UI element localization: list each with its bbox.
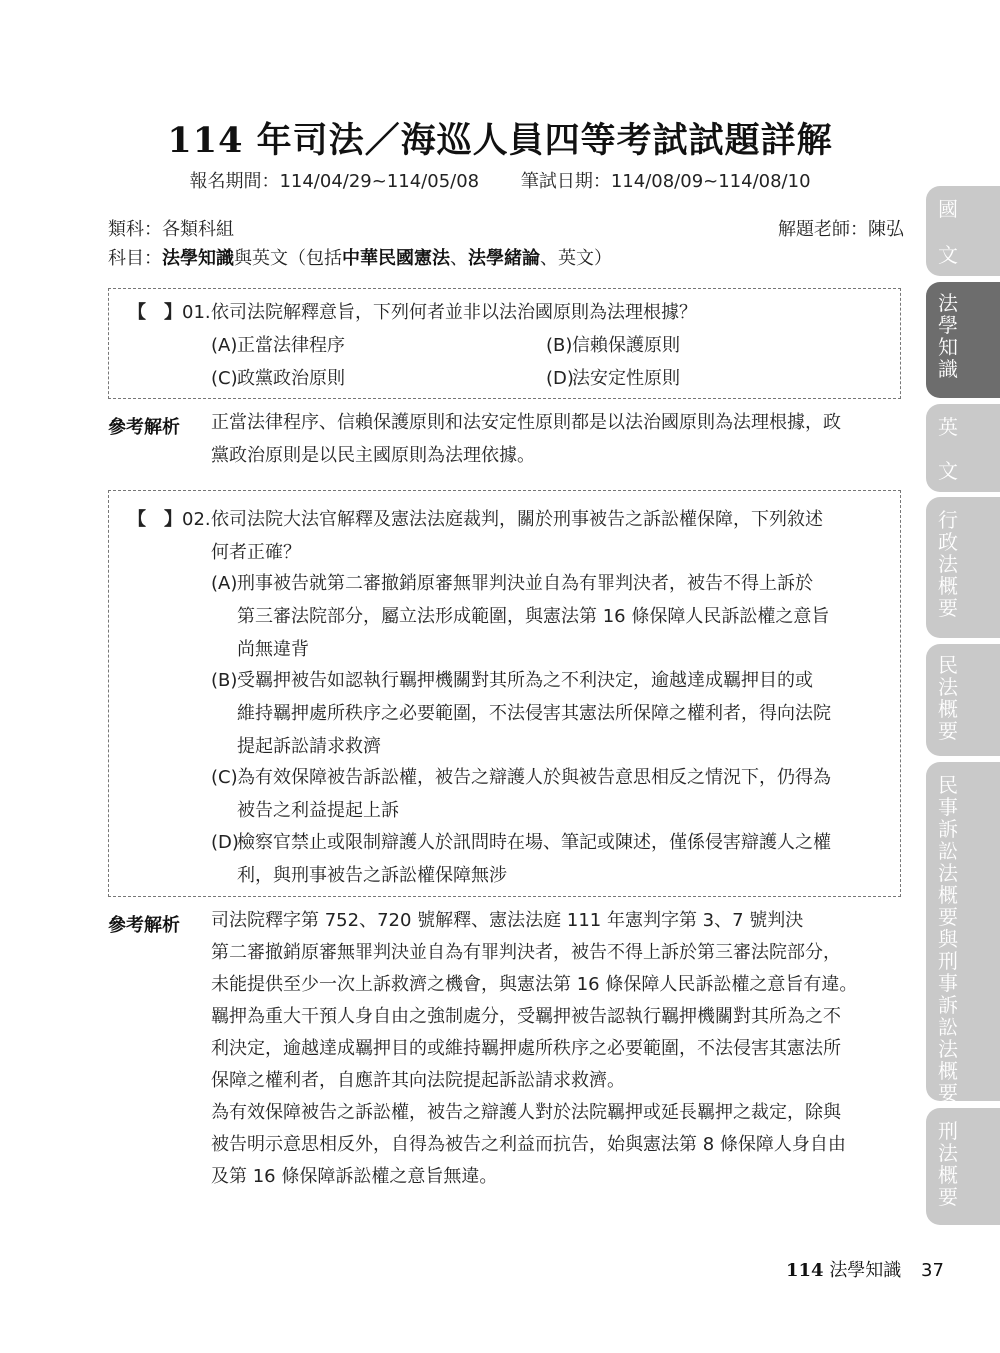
option-text: 受羈押被告如認執行羈押機關對其所為之不利決定，逾越達成羈押目的或 — [237, 670, 813, 691]
tab-char: 事 — [938, 972, 958, 994]
option-a-cont: 第三審法院部分，屬立法形成範圍，與憲法第 16 條保障人民訴訟權之意旨 — [237, 600, 829, 633]
tab-char: 要 — [938, 597, 958, 619]
option-b-cont: 提起訴訟請求救濟 — [237, 730, 381, 763]
subject-label: 科目： — [108, 248, 162, 269]
tab-char: 刑 — [938, 1120, 958, 1142]
option-d-cont: 利，與刑事被告之訴訟權保障無涉 — [237, 859, 507, 892]
subject-text: 與英文（包括 — [234, 248, 342, 269]
answer-bracket: 【 】 — [128, 509, 182, 530]
registration-period: 報名期間：114/04/29~114/05/08 — [189, 171, 479, 192]
option-text: 信賴保護原則 — [572, 335, 680, 356]
tab-char: 概 — [938, 698, 958, 720]
answer-line: 被告明示意思相反外，自得為被告之利益而抗告，始與憲法第 8 條保障人身自由 — [211, 1128, 846, 1161]
option-text: 檢察官禁止或限制辯護人於訊問時在場、筆記或陳述，僅係侵害辯護人之權 — [237, 832, 831, 853]
question-stem: 依司法院大法官解釋及憲法法庭裁判，關於刑事被告之訴訟權保障，下列敘述 — [211, 503, 823, 536]
page-title: 114 年司法／海巡人員四等考試試題詳解 — [0, 113, 1000, 163]
tab-char: 政 — [938, 531, 958, 553]
option-c: (C)為有效保障被告訴訟權，被告之辯護人於與被告意思相反之情況下，仍得為 — [211, 761, 831, 794]
option-a: (A)正當法律程序 — [211, 329, 345, 362]
tab-char: 刑 — [938, 950, 958, 972]
tab-char: 法 — [938, 1142, 958, 1164]
tab-char: 訟 — [938, 1016, 958, 1038]
tab-char: 民 — [938, 774, 958, 796]
option-label: (D) — [211, 826, 237, 859]
option-label: (A) — [211, 567, 237, 600]
tab-char: 識 — [938, 358, 958, 380]
question-stem: 依司法院解釋意旨，下列何者並非以法治國原則為法理根據？ — [211, 296, 697, 329]
option-text: 為有效保障被告訴訟權，被告之辯護人於與被告意思相反之情況下，仍得為 — [237, 767, 831, 788]
question-index: 02. — [182, 509, 211, 530]
tab-char: 法 — [938, 862, 958, 884]
option-text: 法安定性原則 — [572, 368, 680, 389]
tab-char: 國 — [938, 198, 958, 220]
subject-line: 科目：法學知識與英文（包括中華民國憲法、法學緒論、英文） — [108, 244, 612, 270]
question-index: 01. — [182, 302, 211, 323]
tab-char: 要 — [938, 720, 958, 742]
tab-char: 訴 — [938, 818, 958, 840]
answer-line: 未能提供至少一次上訴救濟之機會，與憲法第 16 條保障人民訴訟權之意旨有違。 — [211, 968, 857, 1001]
option-a-cont: 尚無違背 — [237, 633, 309, 666]
option-text: 正當法律程序 — [237, 335, 345, 356]
tab-char: 訴 — [938, 994, 958, 1016]
answer-line: 及第 16 條保障訴訟權之意旨無違。 — [211, 1160, 497, 1193]
tab-char: 文 — [938, 460, 958, 482]
tab-char: 行 — [938, 509, 958, 531]
question-stem: 何者正確？ — [211, 536, 301, 569]
option-label: (C) — [211, 761, 237, 794]
tab-char: 概 — [938, 1060, 958, 1082]
exam-schedule: 報名期間：114/04/29~114/05/08 筆試日期：114/08/09~… — [0, 167, 1000, 193]
tab-char: 事 — [938, 796, 958, 818]
answer-bracket: 【 】 — [128, 302, 182, 323]
exam-date: 筆試日期：114/08/09~114/08/10 — [521, 171, 811, 192]
option-label: (D) — [546, 362, 572, 395]
subject-bold: 法學緒論 — [468, 248, 540, 269]
answer-line: 第二審撤銷原審無罪判決並自為有罪判決者，被告不得上訴於第三審法院部分， — [211, 936, 841, 969]
subject-text: 、英文） — [540, 248, 612, 269]
answer-line: 黨政治原則是以民主國原則為法理依據。 — [211, 439, 535, 472]
page-number: 37 — [921, 1260, 944, 1281]
side-tab-administrative-law[interactable]: 行 政 法 概 要 — [926, 497, 1000, 638]
subject-bold: 法學知識 — [162, 248, 234, 269]
option-b-cont: 維持羈押處所秩序之必要範圍，不法侵害其憲法所保障之權利者，得向法院 — [237, 697, 831, 730]
tab-char: 與 — [938, 928, 958, 950]
tab-char: 民 — [938, 654, 958, 676]
tab-char: 要 — [938, 906, 958, 928]
answer-line: 司法院釋字第 752、720 號解釋、憲法法庭 111 年憲判字第 3、7 號判… — [211, 904, 803, 937]
tab-char: 概 — [938, 1164, 958, 1186]
answer-label: 參考解析 — [108, 413, 180, 439]
option-d: (D)檢察官禁止或限制辯護人於訊問時在場、筆記或陳述，僅係侵害辯護人之權 — [211, 826, 831, 859]
answer-label: 參考解析 — [108, 911, 180, 937]
side-tab-english[interactable]: 英 文 — [926, 404, 1000, 492]
tab-char: 訟 — [938, 840, 958, 862]
option-d: (D)法安定性原則 — [546, 362, 680, 395]
option-label: (A) — [211, 329, 237, 362]
tab-char: 概 — [938, 884, 958, 906]
answer-line: 利決定，逾越達成羈押目的或維持羈押處所秩序之必要範圍，不法侵害其憲法所 — [211, 1032, 841, 1065]
footer-year: 114 — [786, 1260, 824, 1281]
side-tab-chinese[interactable]: 國 文 — [926, 186, 1000, 276]
subject-bold: 中華民國憲法 — [342, 248, 450, 269]
tab-char: 法 — [938, 292, 958, 314]
side-tab-criminal-law[interactable]: 刑 法 概 要 — [926, 1108, 1000, 1225]
subject-text: 、 — [450, 248, 468, 269]
option-label: (B) — [211, 664, 237, 697]
side-tab-procedure-law[interactable]: 民 事 訴 訟 法 概 要 與 刑 事 訴 訟 法 概 要 — [926, 762, 1000, 1101]
answer-line: 正當法律程序、信賴保護原則和法安定性原則都是以法治國原則為法理根據，政 — [211, 406, 841, 439]
tab-char: 法 — [938, 676, 958, 698]
side-tab-law-knowledge[interactable]: 法 學 知 識 — [926, 282, 1000, 398]
tab-char: 概 — [938, 575, 958, 597]
page-footer: 114 法學知識 37 — [786, 1256, 944, 1282]
tab-char: 英 — [938, 416, 958, 438]
tab-char: 要 — [938, 1082, 958, 1104]
category-value: 各類科組 — [162, 219, 234, 240]
tab-char: 學 — [938, 314, 958, 336]
answer-line: 羈押為重大干預人身自由之強制處分，受羈押被告認執行羈押機關對其所為之不 — [211, 1000, 841, 1033]
option-a: (A)刑事被告就第二審撤銷原審無罪判決並自為有罪判決者，被告不得上訴於 — [211, 567, 813, 600]
question-number: 【 】02. — [128, 503, 211, 536]
answer-line: 為有效保障被告之訴訟權，被告之辯護人對於法院羈押或延長羈押之裁定，除與 — [211, 1096, 841, 1129]
option-b: (B)信賴保護原則 — [546, 329, 680, 362]
category-line: 類科：各類科組 — [108, 215, 234, 241]
option-text: 政黨政治原則 — [237, 368, 345, 389]
tab-char: 法 — [938, 1038, 958, 1060]
option-c: (C)政黨政治原則 — [211, 362, 345, 395]
tab-char: 文 — [938, 244, 958, 266]
option-c-cont: 被告之利益提起上訴 — [237, 794, 399, 827]
answer-line: 保障之權利者，自應許其向法院提起訴訟請求救濟。 — [211, 1064, 625, 1097]
question-number: 【 】01. — [128, 296, 211, 329]
option-label: (C) — [211, 362, 237, 395]
tab-char: 知 — [938, 336, 958, 358]
option-b: (B)受羈押被告如認執行羈押機關對其所為之不利決定，逾越達成羈押目的或 — [211, 664, 813, 697]
category-label: 類科： — [108, 219, 162, 240]
teacher: 解題老師：陳弘 — [778, 215, 904, 241]
side-tab-civil-law[interactable]: 民 法 概 要 — [926, 644, 1000, 756]
footer-subject: 法學知識 — [829, 1260, 901, 1281]
option-label: (B) — [546, 329, 572, 362]
tab-char: 要 — [938, 1186, 958, 1208]
tab-char: 法 — [938, 553, 958, 575]
option-text: 刑事被告就第二審撤銷原審無罪判決並自為有罪判決者，被告不得上訴於 — [237, 573, 813, 594]
